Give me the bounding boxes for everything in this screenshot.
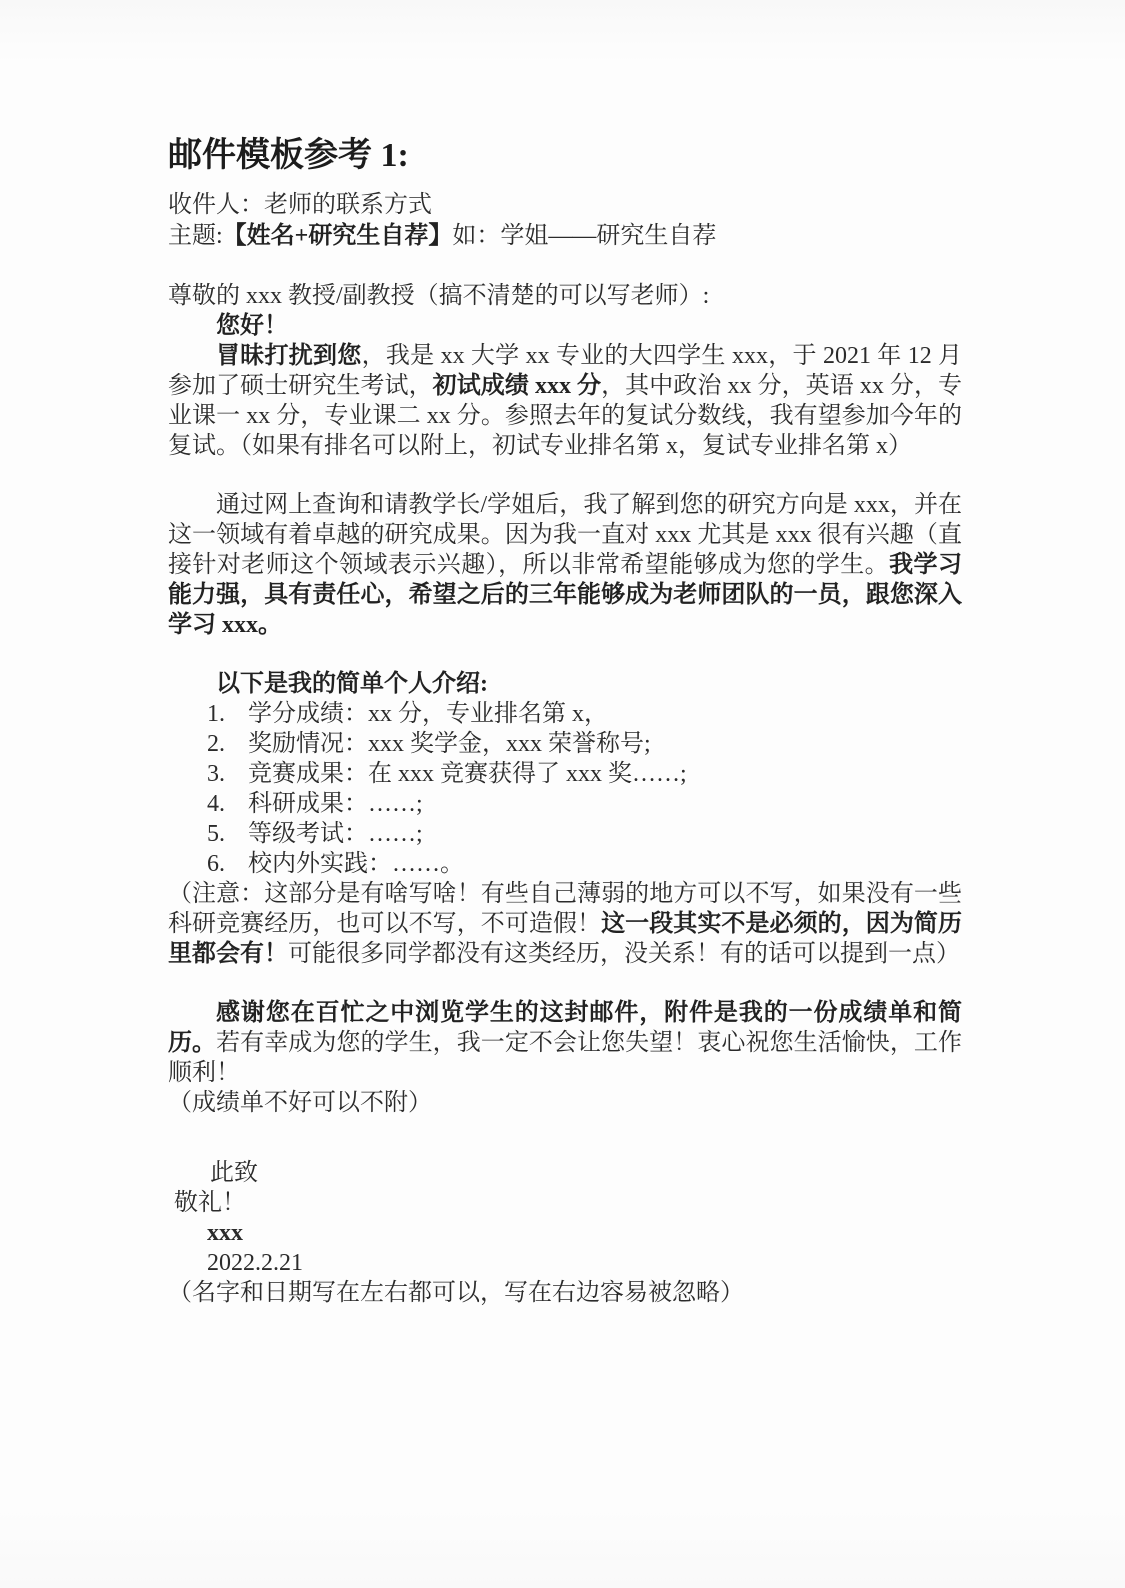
salutation-line: 尊敬的 xxx 教授/副教授（搞不清楚的可以写老师）:	[168, 281, 962, 311]
self-intro-heading: 以下是我的简单个人介绍:	[168, 669, 962, 699]
thanks-paragraph: 感谢您在百忙之中浏览学生的这封邮件，附件是我的一份成绩单和简历。若有幸成为您的学…	[168, 998, 962, 1088]
list-item-number: 1.	[207, 699, 248, 729]
list-item-text: 奖励情况：xxx 奖学金，xxx 荣誉称号;	[248, 731, 651, 757]
intro-paragraph: 冒昧打扰到您，我是 xx 大学 xx 专业的大四学生 xxx，于 2021 年 …	[168, 341, 962, 461]
recipient-line: 收件人：老师的联系方式	[168, 190, 962, 221]
research-text: 通过网上查询和请教学长/学姐后，我了解到您的研究方向是 xxx，并在这一领域有着…	[168, 492, 962, 578]
list-item-number: 6.	[207, 849, 248, 879]
list-item: 2.奖励情况：xxx 奖学金，xxx 荣誉称号;	[168, 729, 962, 759]
note-paragraph: （注意：这部分是有啥写啥！有些自己薄弱的地方可以不写，如果没有一些科研竞赛经历，…	[168, 879, 962, 969]
list-item: 5.等级考试：……;	[168, 819, 962, 849]
list-item-text: 科研成果：……;	[248, 791, 423, 817]
note-text-2: 可能很多同学都没有这类经历，没关系！有的话可以提到一点）	[288, 941, 960, 967]
list-item-number: 4.	[207, 789, 248, 819]
signature-name: xxx	[168, 1218, 962, 1248]
closing-phrase: 此致	[168, 1158, 962, 1188]
self-intro-list: 1.学分成绩：xx 分，专业排名第 x， 2.奖励情况：xxx 奖学金，xxx …	[168, 699, 962, 879]
document-page: 邮件模板参考 1: 收件人：老师的联系方式 主题:【姓名+研究生自荐】如：学姐—…	[0, 0, 1125, 1588]
research-paragraph: 通过网上查询和请教学长/学姐后，我了解到您的研究方向是 xxx，并在这一领域有着…	[168, 490, 962, 640]
signature-date: 2022.2.21	[168, 1248, 962, 1278]
greeting-line: 您好！	[168, 311, 962, 341]
list-item-text: 竞赛成果：在 xxx 竞赛获得了 xxx 奖……;	[248, 761, 687, 787]
list-item-text: 等级考试：……;	[248, 821, 423, 847]
transcript-note-line: （成绩单不好可以不附）	[168, 1088, 962, 1118]
list-item: 3.竞赛成果：在 xxx 竞赛获得了 xxx 奖……;	[168, 759, 962, 789]
subject-label: 主题:	[168, 223, 223, 249]
subject-line: 主题:【姓名+研究生自荐】如：学姐——研究生自荐	[168, 221, 962, 252]
list-item: 1.学分成绩：xx 分，专业排名第 x，	[168, 699, 962, 729]
list-item-number: 5.	[207, 819, 248, 849]
list-item: 6.校内外实践：……。	[168, 849, 962, 879]
subject-rest: 如：学姐——研究生自荐	[452, 223, 716, 249]
list-item-text: 学分成绩：xx 分，专业排名第 x，	[248, 701, 608, 727]
salute-line: 敬礼！	[168, 1188, 962, 1218]
subject-bold-part: 【姓名+研究生自荐】	[223, 223, 453, 249]
list-item-number: 3.	[207, 759, 248, 789]
signature-note: （名字和日期写在左右都可以，写在右边容易被忽略）	[168, 1278, 962, 1308]
list-item-text: 校内外实践：……。	[248, 851, 464, 877]
list-item: 4.科研成果：……;	[168, 789, 962, 819]
list-item-number: 2.	[207, 729, 248, 759]
signoff-block: 此致 敬礼！ xxx 2022.2.21 （名字和日期写在左右都可以，写在右边容…	[168, 1158, 962, 1308]
thanks-text: 若有幸成为您的学生，我一定不会让您失望！衷心祝您生活愉快，工作顺利！	[168, 1030, 962, 1086]
intro-bold-score: 初试成绩 xxx 分	[433, 373, 601, 399]
page-title: 邮件模板参考 1:	[168, 134, 962, 178]
email-template-content: 邮件模板参考 1: 收件人：老师的联系方式 主题:【姓名+研究生自荐】如：学姐—…	[168, 134, 962, 1308]
intro-bold-opening: 冒昧打扰到您	[216, 343, 362, 369]
